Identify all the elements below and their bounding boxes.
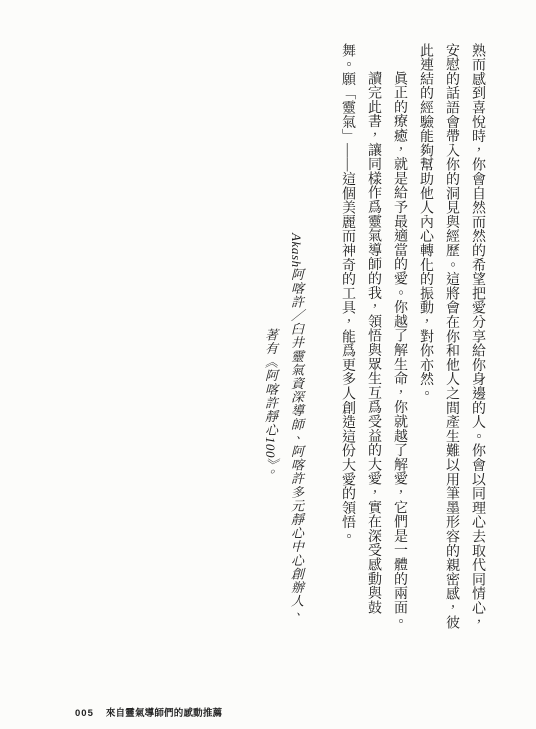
main-text: 熟而感到喜悅時，你會自然而然的希望把愛分享給你身邊的人。你會以同理心去取代同情心… [257, 43, 490, 641]
text-column-5: 讀完此書，讓同樣作爲靈氣導師的我，領悟與眾生互爲受益的大愛，實在深受感動與鼓 [360, 43, 386, 635]
text-column-2: 安慰的話語會帶入你的洞見與經歷。這將會在你和他人之間產生難以用筆墨形容的親密感，… [438, 43, 464, 635]
text-column-6: 舞。願「靈氣」——這個美麗而神奇的工具，能爲更多人創造這份大愛的領悟。 [334, 43, 360, 635]
text-column-1: 熟而感到喜悅時，你會自然而然的希望把愛分享給你身邊的人。你會以同理心去取代同情心… [464, 43, 490, 635]
page-number: 005 [75, 708, 94, 719]
signature-column-1: Akash阿喀許／臼井靈氣資深導師、阿喀許多元靜心中心創辦人、 [283, 43, 309, 635]
text-column-4: 眞正的療癒，就是給予最適當的愛。你越了解生命，你就越了解愛，它們是一體的兩面。 [386, 43, 412, 635]
page-footer: 005 來自靈氣導師們的感動推薦 [75, 705, 222, 719]
text-column-3: 此連結的經驗能夠幫助他人內心轉化的振動，對你亦然。 [412, 43, 438, 635]
signature-column-2: 著有《阿喀許靜心100》。 [257, 43, 283, 635]
running-title: 來自靈氣導師們的感動推薦 [106, 705, 222, 719]
book-page: 熟而感到喜悅時，你會自然而然的希望把愛分享給你身邊的人。你會以同理心去取代同情心… [0, 0, 536, 729]
